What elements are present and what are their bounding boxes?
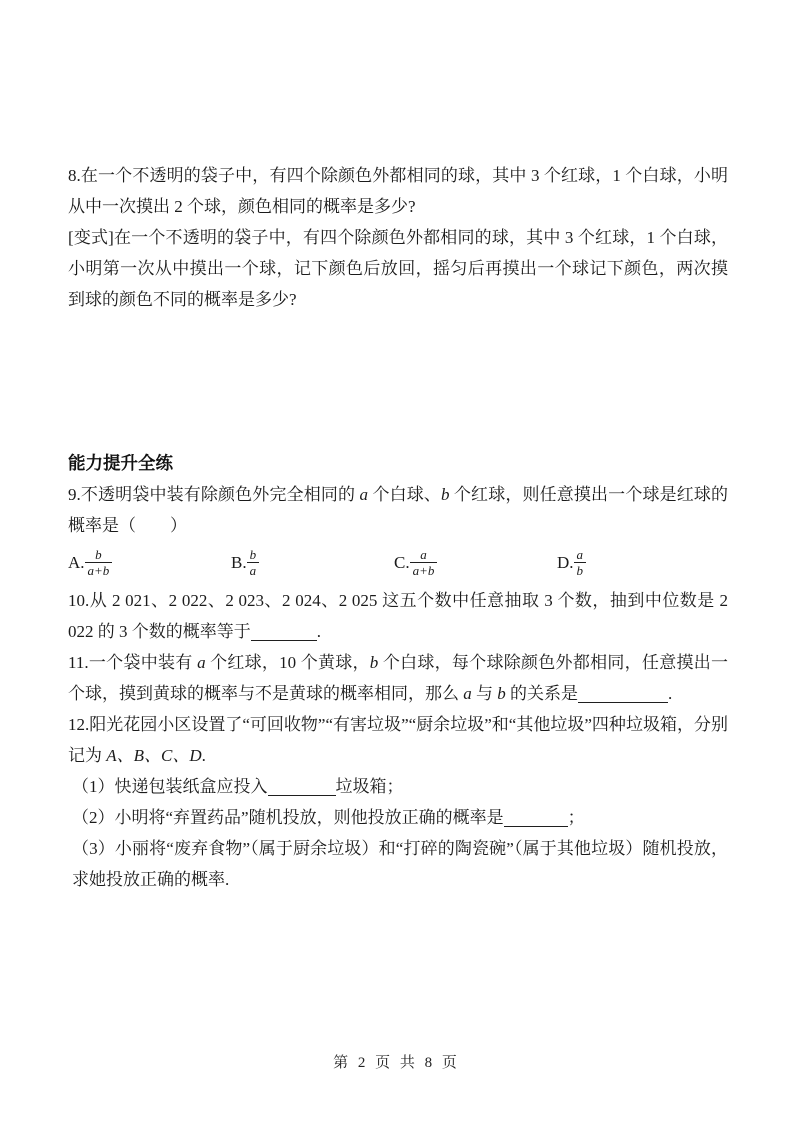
answer-space xyxy=(68,315,728,448)
answer-blank-q11 xyxy=(578,682,668,703)
fraction-numerator: b xyxy=(85,547,113,562)
bin-letters: A、B、C、D xyxy=(106,746,201,765)
answer-blank-12-1 xyxy=(268,775,336,796)
choice-a-label: A. xyxy=(68,553,85,572)
fraction-numerator: b xyxy=(247,547,260,562)
question-9-text: 9.不透明袋中装有除颜色外完全相同的 xyxy=(68,485,360,504)
choice-d: D.ab xyxy=(557,547,586,578)
question-10: 10.从 2 021、2 022、2 023、2 024、2 025 这五个数中… xyxy=(68,585,728,647)
choice-c: C.aa+b xyxy=(394,547,557,578)
fraction-numerator: a xyxy=(574,547,587,562)
question-12-sub2: （2）小明将“弃置药品”随机投放，则他投放正确的概率是； xyxy=(68,802,728,833)
variable-b: b xyxy=(497,684,506,703)
choice-d-label: D. xyxy=(557,553,574,572)
choice-row: A.ba+b B.ba C.aa+b D.ab xyxy=(68,541,728,585)
fraction-b: ba xyxy=(247,547,260,579)
answer-blank-12-2 xyxy=(504,806,568,827)
document-page: 8.在一个不透明的袋子中，有四个除颜色外都相同的球，其中 3 个红球，1 个白球… xyxy=(0,0,793,1122)
question-10-text: 10.从 2 021、2 022、2 023、2 024、2 025 这五个数中… xyxy=(68,591,728,641)
page-footer: 第 2 页 共 8 页 xyxy=(0,1048,793,1079)
choice-b-label: B. xyxy=(231,553,247,572)
fraction-denominator: a+b xyxy=(85,562,113,578)
fraction-denominator: a xyxy=(247,562,260,578)
question-12-sub1: （1）快递包装纸盒应投入垃圾箱； xyxy=(68,771,728,802)
section-heading: 能力提升全练 xyxy=(68,448,728,479)
fraction-a: ba+b xyxy=(85,547,113,579)
fraction-denominator: a+b xyxy=(410,562,438,578)
fraction-numerator: a xyxy=(410,547,438,562)
variable-a: a xyxy=(463,684,472,703)
answer-blank-q10 xyxy=(251,620,317,641)
fraction-d: ab xyxy=(574,547,587,579)
choice-a: A.ba+b xyxy=(68,547,231,578)
question-8-variant: [变式]在一个不透明的袋子中，有四个除颜色外都相同的球，其中 3 个红球，1 个… xyxy=(68,222,728,315)
question-11: 11.一个袋中装有 a 个红球，10 个黄球，b 个白球，每个球除颜色外都相同，… xyxy=(68,647,728,709)
variable-a: a xyxy=(197,653,206,672)
variable-a: a xyxy=(360,485,369,504)
page-content: 8.在一个不透明的袋子中，有四个除颜色外都相同的球，其中 3 个红球，1 个白球… xyxy=(68,160,728,895)
fraction-denominator: b xyxy=(574,562,587,578)
fraction-c: aa+b xyxy=(410,547,438,579)
question-8: 8.在一个不透明的袋子中，有四个除颜色外都相同的球，其中 3 个红球，1 个白球… xyxy=(68,160,728,222)
variable-b: b xyxy=(441,485,450,504)
choice-b: B.ba xyxy=(231,547,394,578)
question-12: 12.阳光花园小区设置了“可回收物”“有害垃圾”“厨余垃圾”和“其他垃圾”四种垃… xyxy=(68,709,728,771)
question-12-sub3: （3）小丽将“废弃食物”（属于厨余垃圾）和“打碎的陶瓷碗”（属于其他垃圾）随机投… xyxy=(68,833,728,895)
question-9: 9.不透明袋中装有除颜色外完全相同的 a 个白球、b 个红球，则任意摸出一个球是… xyxy=(68,479,728,541)
question-11-text: 11.一个袋中装有 xyxy=(68,653,197,672)
choice-c-label: C. xyxy=(394,553,410,572)
